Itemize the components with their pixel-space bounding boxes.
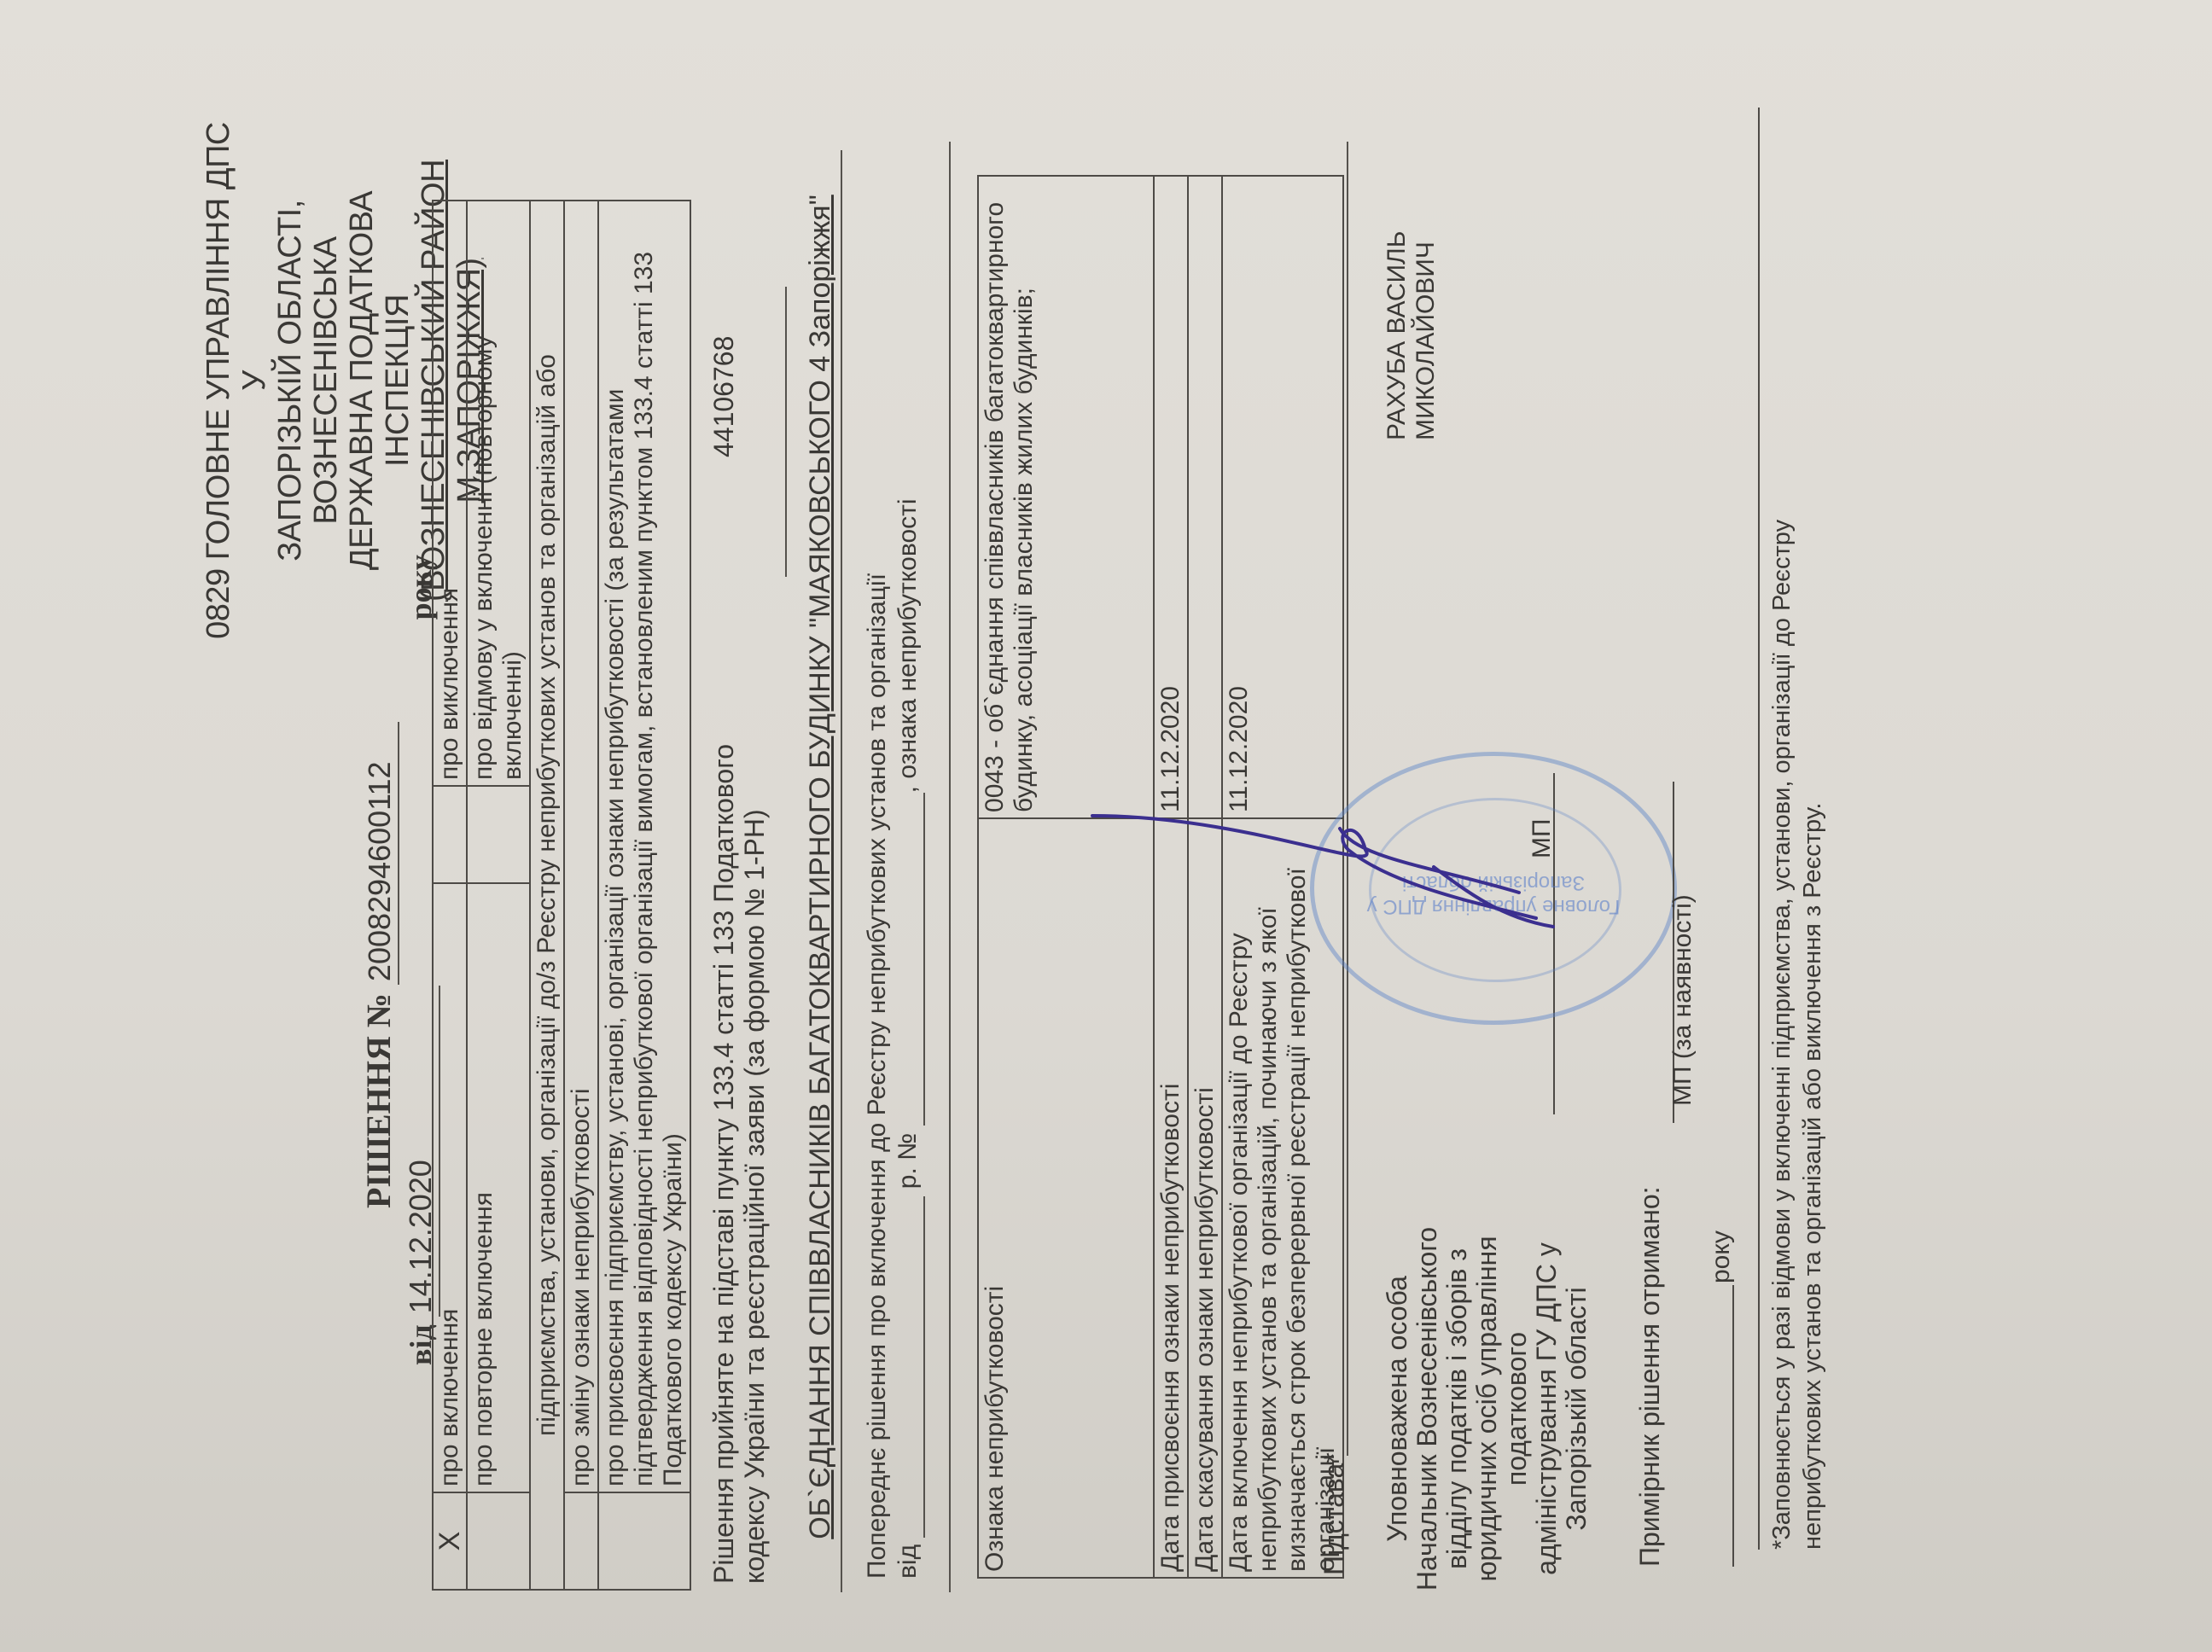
signatory-name-line: МИКОЛАЙОВИЧ: [1412, 231, 1441, 440]
previous-number-blank[interactable]: [893, 793, 925, 1126]
document-page: 0829 ГОЛОВНЕ УПРАВЛІННЯ ДПС У ЗАПОРІЗЬКІ…: [0, 0, 2212, 1652]
decision-number: 2008294600112: [362, 722, 399, 985]
footnote-divider: [1758, 108, 1760, 1550]
checkbox-refuse[interactable]: [467, 786, 530, 883]
title-label: РІШЕННЯ №: [359, 993, 398, 1208]
previous-date-blank[interactable]: [893, 1196, 925, 1538]
checkbox-include[interactable]: X: [433, 1492, 467, 1590]
organization-name: ОБ`ЄДНАННЯ СПІВВЛАСНИКІВ БАГАТОКВАРТИРНО…: [804, 184, 837, 1550]
checkbox-assign-sign[interactable]: [598, 1492, 690, 1590]
code-underline: [785, 287, 787, 577]
previous-from: від: [894, 1544, 922, 1579]
previous-year-no: р. №: [894, 1133, 922, 1190]
divider: [841, 150, 842, 1592]
copy-date-blank[interactable]: [1732, 1285, 1734, 1567]
option-change-sign: про зміну ознаки неприбутковості: [564, 201, 598, 1492]
signatory-name: РАХУБА ВАСИЛЬ МИКОЛАЙОВИЧ: [1382, 231, 1441, 440]
option-refuse: про відмову у включенні (повторному вклю…: [467, 201, 530, 786]
footnote: *Заповнюється у разі відмови у включенні…: [1767, 483, 1828, 1550]
option-scope-text: підприємства, установи, організації до/з…: [530, 201, 564, 1590]
header-line: 0829 ГОЛОВНЕ УПРАВЛІННЯ ДПС У: [201, 116, 272, 645]
previous-decision: Попереднє рішення про включення до Реєст…: [862, 213, 925, 1579]
signatory-name-line: РАХУБА ВАСИЛЬ: [1382, 231, 1412, 440]
copy-seal-label: МП (за наявності): [1668, 894, 1697, 1106]
option-assign-sign: про присвоєння підприємству, установі, о…: [598, 201, 690, 1492]
basis-paragraph: Рішення прийняте на підставі пункту 133.…: [708, 218, 770, 1584]
checkbox-change-sign[interactable]: [564, 1492, 598, 1590]
basis-line: кодексу України та реєстраційної заяви (…: [739, 218, 770, 1584]
checkbox-exclude[interactable]: [433, 786, 467, 883]
divider: [949, 142, 951, 1592]
decision-type-table: X про включення про виключення про повто…: [432, 200, 691, 1591]
copy-received-label: Примірник рішення отримано:: [1634, 1186, 1666, 1567]
signatory-position: Уповноважена особа Начальник Вознесенівс…: [1382, 1225, 1592, 1592]
edrpou-code: 44106768: [708, 336, 739, 457]
option-include: про включення: [433, 883, 467, 1492]
previous-decision-line: Попереднє рішення про включення до Реєст…: [862, 213, 893, 1579]
option-exclude: про виключення: [433, 201, 467, 786]
basis-label: Підстава*: [1318, 1452, 1350, 1575]
previous-suffix: , ознака неприбутковості: [894, 498, 922, 793]
checkbox-reinclude[interactable]: [467, 1492, 530, 1590]
decision-title: РІШЕННЯ № 2008294600112: [358, 99, 399, 1208]
header-line: ЗАПОРІЗЬКІЙ ОБЛАСТІ, ВОЗНЕСЕНІВСЬКА: [272, 116, 344, 645]
handwritten-signature: [990, 577, 1587, 1174]
option-reinclude: про повторне включення: [467, 883, 530, 1492]
copy-year-label: року: [1707, 1230, 1736, 1283]
